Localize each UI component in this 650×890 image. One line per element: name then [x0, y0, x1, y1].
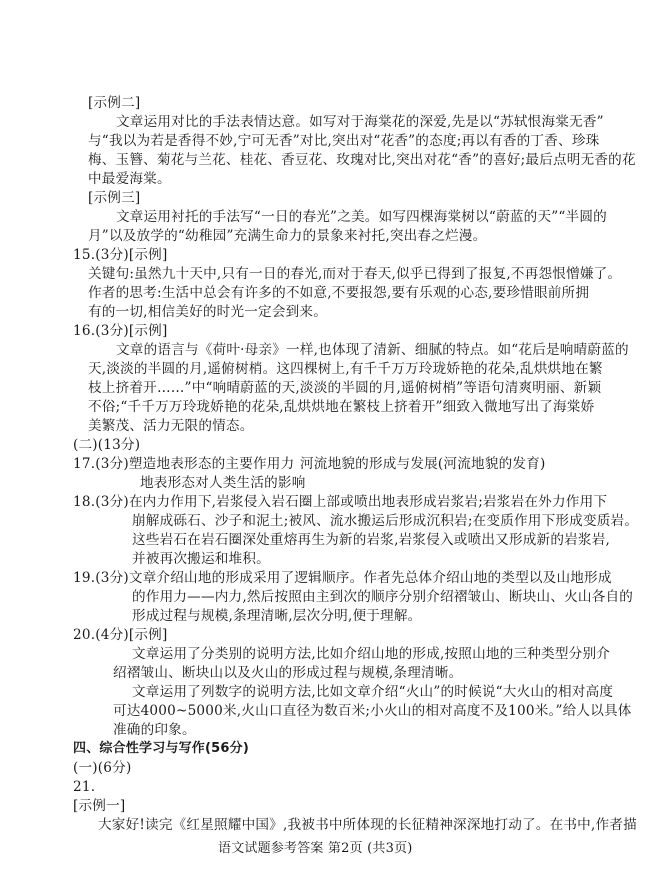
- document-page: [示例二] 文章运用对比的手法表情达意。如写对于海棠花的深爱,先是以“苏轼恨海棠…: [0, 0, 650, 890]
- question-17-answer: 17.(3分)塑造地表形态的主要作用力: [73, 455, 294, 473]
- example-2-para-line: 梅、玉簪、菊花与兰花、桂花、香豆花、玫瑰对比,突出对花“香”的喜好;最后点明无香…: [88, 151, 636, 169]
- question-17-answer: 河流地貌的形成与发展(河流地貌的发育): [300, 455, 546, 473]
- question-20-heading: 20.(4分)[示例]: [73, 626, 167, 644]
- question-16-answer-line: 不俗;“千千万万玲珑娇艳的花朵,乱烘烘地在繁枝上挤着开”细致入微地写出了海棠娇: [88, 398, 594, 416]
- question-20-answer-line: 文章运用了列数字的说明方法,比如文章介绍“火山”的时候说“大火山的相对高度: [132, 683, 613, 701]
- question-20-answer-line: 绍褶皱山、断块山以及火山的形成过程与规模,条理清晰。: [113, 664, 462, 682]
- question-20-answer-line: 可达4000~5000米,火山口直径为数百米;小火山的相对高度不及100米。”给…: [113, 702, 632, 720]
- example-3-para-line: 月”以及放学的“幼稚园”充满生命力的景象来衬托,突出春之烂漫。: [88, 227, 486, 245]
- example-2-para-line: 文章运用对比的手法表情达意。如写对于海棠花的深爱,先是以“苏轼恨海棠无香”: [116, 113, 604, 131]
- question-21-number: 21.: [73, 778, 95, 796]
- section-4-heading: 四、综合性学习与写作(56分): [73, 740, 249, 758]
- question-18-answer-line: 这些岩石在岩石圈深处重熔再生为新的岩浆,岩浆侵入或喷出又形成新的岩浆岩,: [132, 531, 610, 549]
- question-15-answer-line: 有的一切,相信美好的时光一定会到来。: [88, 303, 327, 321]
- question-15-answer-line: 关键句:虽然九十天中,只有一日的春光,而对于春天,似乎已得到了报复,不再怨恨憎嫌…: [88, 265, 621, 283]
- question-19-answer-line: 19.(3分)文章介绍山地的形成采用了逻辑顺序。作者先总体介绍山地的类型以及山地…: [73, 569, 612, 587]
- question-16-heading: 16.(3分)[示例]: [73, 322, 167, 340]
- question-20-answer-line: 准确的印象。: [113, 721, 196, 739]
- question-16-answer-line: 美繁茂、活力无限的情态。: [88, 417, 254, 435]
- question-19-answer-line: 形成过程与规模,条理清晰,层次分明,便于理解。: [132, 607, 421, 625]
- example-2-para-line: 与“我以为若是香得不妙,宁可无香”对比,突出对“花香”的态度;再以有香的丁香、珍…: [88, 132, 599, 150]
- question-18-answer-line: 崩解成砾石、沙子和泥土;被风、流水搬运后形成沉积岩;在变质作用下形成变质岩。: [132, 512, 638, 530]
- question-15-heading: 15.(3分)[示例]: [73, 246, 167, 264]
- section-2-heading: (二)(13分): [73, 436, 140, 454]
- page-footer: 语文试题参考答案 第2页 (共3页): [218, 840, 413, 858]
- example-3-label: [示例三]: [88, 189, 140, 207]
- example-1-para-line: 大家好!读完《红星照耀中国》,我被书中所体现的长征精神深深地打动了。在书中,作者…: [98, 816, 637, 834]
- question-18-answer-line: 18.(3分)在内力作用下,岩浆侵入岩石圈上部或喷出地表形成岩浆岩;岩浆岩在外力…: [73, 493, 607, 511]
- question-16-answer-line: 天,淡淡的半圆的月,遥俯树梢。这四棵树上,有千千万万玲珑娇艳的花朵,乱烘烘地在繁: [88, 360, 603, 378]
- example-2-para-line: 中最爱海棠。: [88, 170, 171, 188]
- example-2-label: [示例二]: [88, 94, 140, 112]
- question-16-answer-line: 枝上挤着开……”中“响晴蔚蓝的天,淡淡的半圆的月,遥俯树梢”等语句清爽明丽、新颖: [88, 379, 601, 397]
- section-4-part-1-heading: (一)(6分): [73, 759, 131, 777]
- question-16-answer-line: 文章的语言与《荷叶·母亲》一样,也体现了清新、细腻的特点。如“花后是响晴蔚蓝的: [116, 341, 629, 359]
- question-18-answer-line: 并被再次搬运和堆积。: [132, 550, 270, 568]
- question-20-answer-line: 文章运用了分类别的说明方法,比如介绍山地的形成,按照山地的三种类型分别介: [132, 645, 610, 663]
- example-1-label: [示例一]: [73, 797, 125, 815]
- question-19-answer-line: 的作用力——内力,然后按照由主到次的顺序分别介绍褶皱山、断块山、火山各自的: [132, 588, 633, 606]
- question-15-answer-line: 作者的思考:生活中总会有许多的不如意,不要报怨,要有乐观的心态,要珍惜眼前所拥: [88, 284, 589, 302]
- example-3-para-line: 文章运用衬托的手法写“一日的春光”之美。如写四棵海棠树以“蔚蓝的天”“半圆的: [116, 208, 607, 226]
- question-17-answer: 地表形态对人类生活的影响: [140, 474, 306, 492]
